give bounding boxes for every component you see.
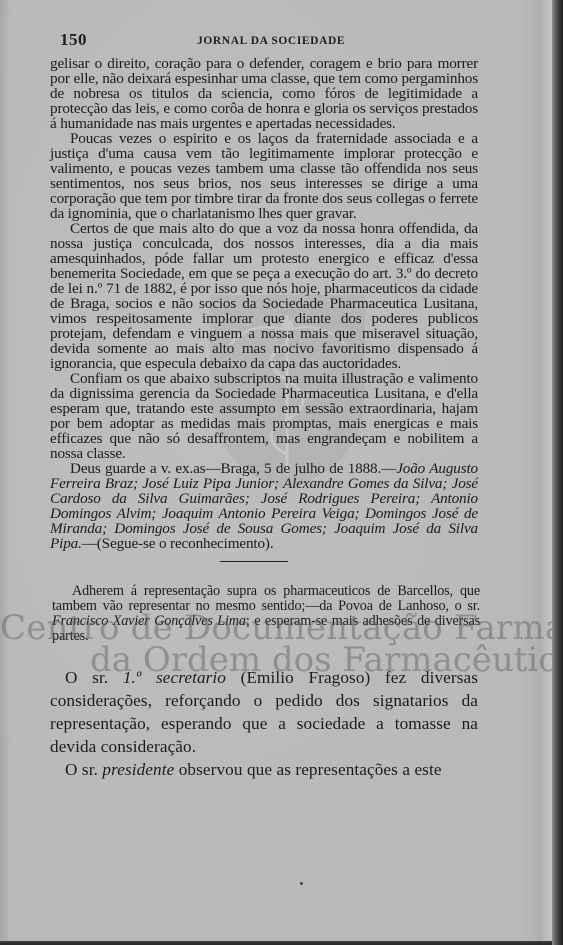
minutes-lead: O sr. [65, 760, 102, 779]
speaker-role: presidente [102, 760, 174, 779]
paragraph: gelisar o direito, coração para o defend… [50, 56, 478, 131]
minutes-paragraph: O sr. 1.º secretario (Emilio Fragoso) fe… [50, 666, 478, 758]
paragraph: Poucas vezes o espirito e os laços da fr… [50, 131, 478, 221]
page-header: 150 JORNAL DA SOCIEDADE [60, 30, 500, 50]
section-divider [220, 561, 288, 562]
closing-paragraph: Deus guarde a v. ex.as—Braga, 5 de julho… [50, 461, 478, 551]
print-speck [300, 882, 303, 885]
minutes-text: observou que as representações a este [174, 760, 441, 779]
adhesion-text: Adherem á representação supra os pharmac… [52, 583, 480, 614]
minutes-lead: O sr. [65, 668, 123, 687]
recognition-note: —(Segue-se o reconhecimento). [82, 535, 274, 552]
minutes-paragraph: O sr. presidente observou que as represe… [50, 758, 478, 781]
running-head: JORNAL DA SOCIEDADE [197, 35, 345, 47]
adherent-name: Francisco Xavier Gonçalves Lima [52, 613, 246, 629]
page-number: 150 [60, 30, 87, 50]
session-minutes: O sr. 1.º secretario (Emilio Fragoso) fe… [50, 666, 478, 781]
adhesion-paragraph: Adherem á representação supra os pharmac… [52, 584, 480, 644]
book-spine-edge [552, 0, 563, 945]
article-body: gelisar o direito, coração para o defend… [50, 56, 478, 781]
paragraph: Confiam os que abaixo subscriptos na mui… [50, 371, 478, 461]
speaker-role: 1.º secretario [123, 668, 226, 687]
scanned-page: 150 JORNAL DA SOCIEDADE gelisar o direit… [0, 0, 553, 943]
paragraph: Certos de que mais alto do que a voz da … [50, 221, 478, 371]
